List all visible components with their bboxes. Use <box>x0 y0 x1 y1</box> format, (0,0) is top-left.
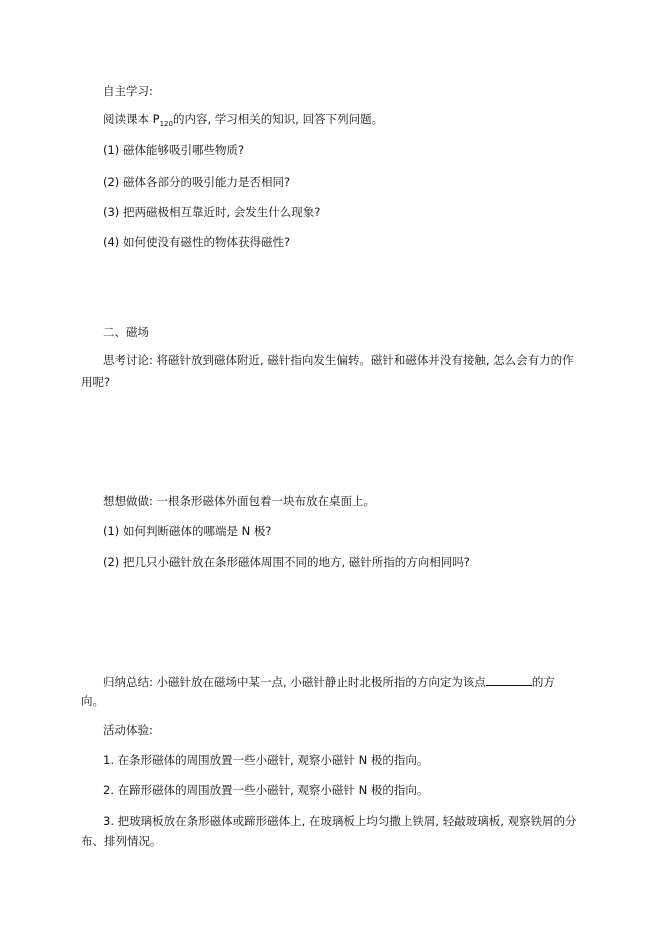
reading-instruction: 阅读课本 P120的内容, 学习相关的知识, 回答下列问题。 <box>103 112 383 131</box>
question-4: (4) 如何使没有磁性的物体获得磁性? <box>103 235 290 249</box>
discussion-line-1: 思考讨论: 将磁针放到磁体附近, 磁针指向发生偏转。磁针和磁体并没有接触, 怎么… <box>103 353 574 367</box>
discussion-line-2: 用呢? <box>81 375 110 389</box>
intro-text-rest: 的内容, 学习相关的知识, 回答下列问题。 <box>173 112 383 126</box>
question-2: (2) 磁体各部分的吸引能力是否相同? <box>103 175 290 189</box>
fill-in-blank[interactable] <box>486 674 532 686</box>
question-3: (3) 把两磁极相互靠近时, 会发生什么现象? <box>103 205 320 219</box>
question-1: (1) 磁体能够吸引哪些物质? <box>103 143 244 157</box>
try-it-question-1: (1) 如何判断磁体的哪端是 N 极? <box>103 524 271 538</box>
summary-text-end: 的方 <box>532 675 555 689</box>
activity-1: 1. 在条形磁体的周围放置一些小磁针, 观察小磁针 N 极的指向。 <box>103 753 428 767</box>
activity-2: 2. 在蹄形磁体的周围放置一些小磁针, 观察小磁针 N 极的指向。 <box>103 783 428 797</box>
page-number-subscript: 120 <box>160 120 173 128</box>
section-heading-magnetic-field: 二、磁场 <box>103 325 149 339</box>
activity-3-line-2: 布、排列情况。 <box>81 834 162 848</box>
activity-3-line-1: 3. 把玻璃板放在条形磁体或蹄形磁体上, 在玻璃板上均匀撒上铁屑, 轻敲玻璃板,… <box>103 814 577 828</box>
summary-text: 归纳总结: 小磁针放在磁场中某一点, 小磁针静止时北极所指的方向定为该点 <box>103 675 486 689</box>
activity-heading: 活动体验: <box>103 723 153 737</box>
section-heading-self-study: 自主学习: <box>103 84 153 98</box>
intro-text: 阅读课本 P <box>103 112 160 126</box>
summary-line-2: 向。 <box>81 694 104 708</box>
summary-line-1: 归纳总结: 小磁针放在磁场中某一点, 小磁针静止时北极所指的方向定为该点的方 <box>103 674 555 689</box>
try-it-question-2: (2) 把几只小磁针放在条形磁体周围不同的地方, 磁针所指的方向相同吗? <box>103 555 470 569</box>
try-it-prompt: 想想做做: 一根条形磁体外面包着一块布放在桌面上。 <box>103 494 375 508</box>
